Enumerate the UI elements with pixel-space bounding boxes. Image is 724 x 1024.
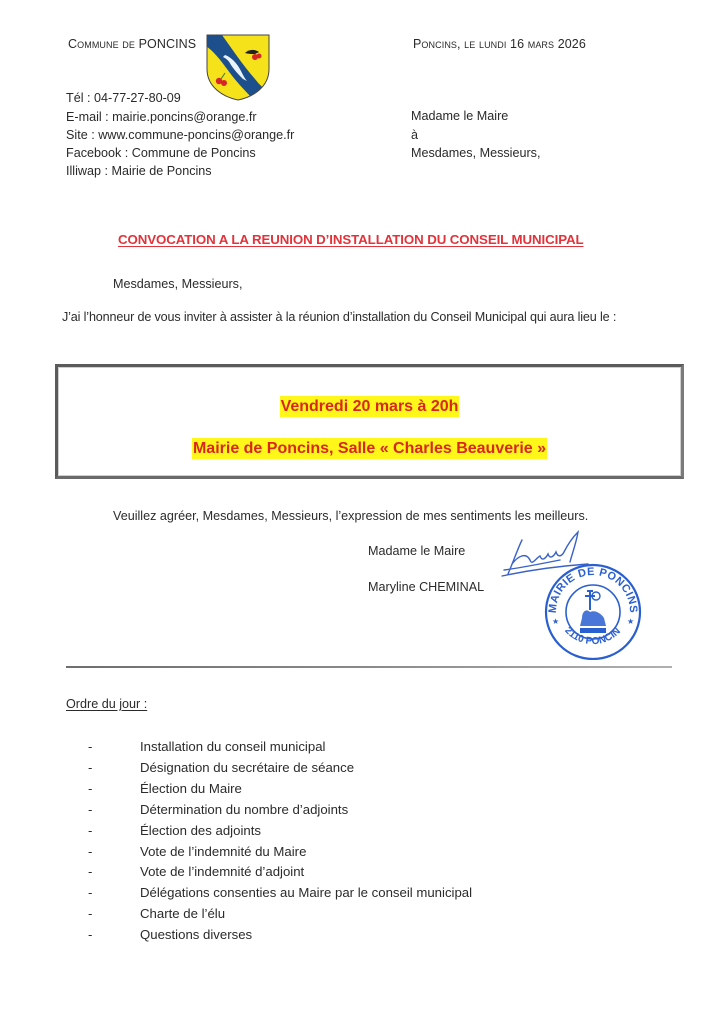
event-date: Vendredi 20 mars à 20h (58, 398, 681, 416)
contact-illiwap: Illiwap : Mairie de Poncins (66, 164, 212, 178)
salutation: Mesdames, Messieurs, (113, 277, 242, 291)
agenda-item: -Charte de l’élu (88, 904, 472, 925)
agenda-item: -Détermination du nombre d’adjoints (88, 800, 472, 821)
contact-site: Site : www.commune-poncins@orange.fr (66, 128, 294, 142)
signatory-title: Madame le Maire (368, 544, 465, 558)
agenda-item: -Délégations consenties au Maire par le … (88, 883, 472, 904)
coat-of-arms-icon (205, 33, 271, 101)
svg-text:★: ★ (627, 617, 634, 626)
event-box: Vendredi 20 mars à 20h Mairie de Poncins… (55, 364, 684, 479)
sender: Madame le Maire (411, 109, 508, 123)
svg-text:MAIRIE DE PONCINS: MAIRIE DE PONCINS (547, 566, 639, 614)
commune-name: Commune de PONCINS (68, 37, 196, 51)
event-place: Mairie de Poncins, Salle « Charles Beauv… (58, 440, 681, 458)
agenda-list: -Installation du conseil municipal -Dési… (88, 737, 472, 946)
contact-phone: Tél : 04-77-27-80-09 (66, 91, 181, 105)
closing-paragraph: Veuillez agréer, Mesdames, Messieurs, l’… (113, 509, 588, 523)
contact-email: E-mail : mairie.poncins@orange.fr (66, 110, 257, 124)
agenda-item: -Installation du conseil municipal (88, 737, 472, 758)
agenda-item: -Vote de l’indemnité du Maire (88, 842, 472, 863)
recipients: Mesdames, Messieurs, (411, 146, 540, 160)
agenda-item: -Questions diverses (88, 925, 472, 946)
agenda-item: -Élection du Maire (88, 779, 472, 800)
agenda-item: -Désignation du secrétaire de séance (88, 758, 472, 779)
svg-text:★: ★ (552, 617, 559, 626)
agenda-title: Ordre du jour : (66, 697, 147, 711)
agenda-item: -Élection des adjoints (88, 821, 472, 842)
agenda-item: -Vote de l’indemnité d’adjoint (88, 862, 472, 883)
intro-paragraph: J’ai l’honneur de vous inviter à assiste… (62, 310, 616, 324)
official-stamp-icon: MAIRIE DE PONCINS 42110 PONCINS ★ ★ (538, 560, 648, 660)
section-divider (66, 666, 672, 668)
address-to: à (411, 128, 418, 142)
contact-facebook: Facebook : Commune de Poncins (66, 146, 256, 160)
document-title: CONVOCATION A LA REUNION D’INSTALLATION … (118, 232, 584, 247)
signatory-name: Maryline CHEMINAL (368, 580, 484, 594)
date-line: Poncins, le lundi 16 mars 2026 (413, 37, 586, 51)
